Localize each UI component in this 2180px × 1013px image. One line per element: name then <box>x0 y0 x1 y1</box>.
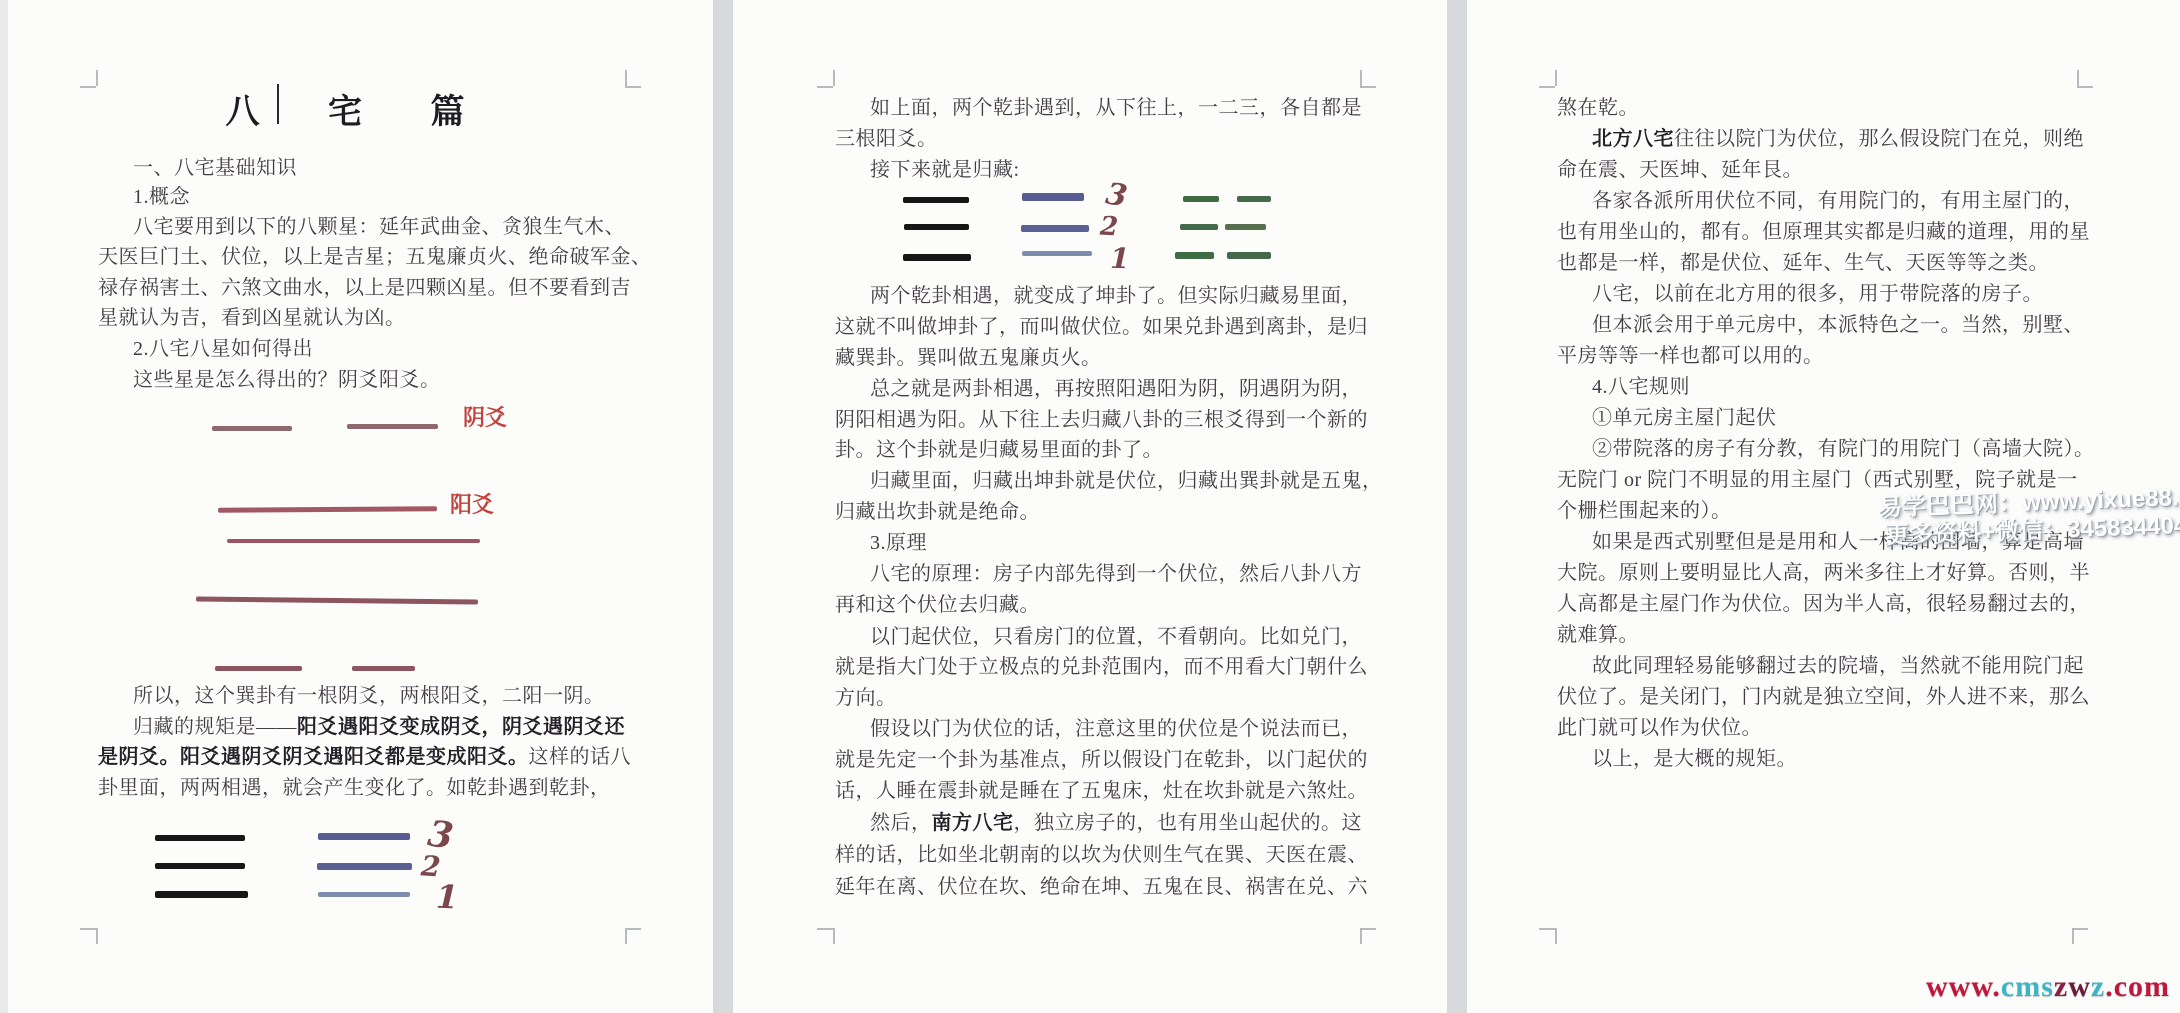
text-line: 八宅，以前在北方用的很多，用于带院落的房子。 <box>1592 279 2043 309</box>
text-segment: 故此同理轻易能够翻过去的院墙，当然就不能用院门起 <box>1592 655 2084 677</box>
text-segment: 卦。这个卦就是归藏易里面的卦了。 <box>835 439 1163 461</box>
yao-line <box>155 835 245 841</box>
text-segment: 这就不叫做坤卦了，而叫做伏位。如果兑卦遇到离卦，是归 <box>835 316 1368 338</box>
document-canvas: ▾ 八 宅 篇一、八宅基础知识1.概念八宅要用到以下的八颗星：延年武曲金、贪狼生… <box>0 0 2180 1013</box>
yao-line <box>1175 252 1214 259</box>
text-segment: 卦里面，两两相遇，就会产生变化了。如乾卦遇到乾卦， <box>98 777 611 799</box>
text-line: 阴阳相遇为阳。从下往上去归藏八卦的三根爻得到一个新的 <box>835 405 1368 435</box>
margin-corner-mark <box>96 70 98 86</box>
text-line: 北方八宅往往以院门为伏位，那么假设院门在兑，则绝 <box>1592 124 2084 154</box>
text-line: 3.原理 <box>870 528 927 558</box>
text-segment: 八宅要用到以下的八颗星：延年武曲金、贪狼生气木、 <box>133 216 625 238</box>
text-segment: 是阴爻。阳爻遇阴爻阴爻遇阳爻都是变成阳爻。 <box>98 746 529 768</box>
text-segment: 人高都是主屋门作为伏位。因为半人高，很轻易翻过去的， <box>1557 593 2090 615</box>
page-gap <box>1447 0 1467 1013</box>
margin-corner-mark <box>80 928 96 930</box>
text-line: 八宅要用到以下的八颗星：延年武曲金、贪狼生气木、 <box>133 212 625 242</box>
yao-line <box>1022 193 1084 201</box>
text-segment: 也都是一样，都是伏位、延年、生气、天医等等之类。 <box>1557 252 2049 274</box>
margin-corner-mark <box>1360 86 1376 88</box>
text-line: 就难算。 <box>1557 620 1639 650</box>
text-line: 煞在乾。 <box>1557 93 1639 123</box>
text-line: 八宅的原理：房子内部先得到一个伏位，然后八卦八方 <box>870 559 1362 589</box>
text-line: 各家各派所用伏位不同，有用院门的，有用主屋门的， <box>1592 186 2084 216</box>
yao-line <box>352 666 415 671</box>
yao-line <box>347 424 438 429</box>
yao-line <box>212 426 292 431</box>
watermark-char: z <box>2054 970 2068 1003</box>
text-line: 这些星是怎么得出的？阴爻阳爻。 <box>133 365 441 395</box>
text-line: 话，人睡在震卦就是睡在了五鬼床，灶在坎卦就是六煞灶。 <box>835 776 1368 806</box>
margin-corner-mark <box>1555 928 1557 944</box>
text-line: 但本派会用于单元房中，本派特色之一。当然，别墅、 <box>1592 310 2084 340</box>
text-line: 两个乾卦相遇，就变成了坤卦了。但实际归藏易里面， <box>870 281 1362 311</box>
margin-corner-mark <box>1360 928 1376 930</box>
margin-corner-mark <box>1539 928 1555 930</box>
text-segment: 禄存祸害土、六煞文曲水，以上是四颗凶星。但不要看到吉 <box>98 277 631 299</box>
text-line: 藏巽卦。巽叫做五鬼廉贞火。 <box>835 343 1102 373</box>
text-segment: 方向。 <box>835 687 897 709</box>
text-line: 伏位了。是关闭门，门内就是独立空间，外人进不来，那么 <box>1557 682 2090 712</box>
text-segment: 话，人睡在震卦就是睡在了五鬼床，灶在坎卦就是六煞灶。 <box>835 780 1368 802</box>
text-segment: 北方八宅 <box>1592 128 1674 150</box>
yao-line <box>1183 196 1219 202</box>
yao-line <box>1180 224 1218 230</box>
text-segment: 往往以院门为伏位，那么假设院门在兑，则绝 <box>1674 128 2084 150</box>
text-segment: 2.八宅八星如何得出 <box>133 338 313 360</box>
text-line: 归藏的规矩是——阳爻遇阳爻变成阴爻，阴爻遇阴爻还 <box>133 712 625 742</box>
watermark-char: c <box>2001 970 2015 1003</box>
handwritten-number: 1 <box>1110 242 1130 275</box>
text-line: 命在震、天医坤、延年艮。 <box>1557 155 1803 185</box>
text-line: 所以，这个巽卦有一根阴爻，两根阳爻，二阳一阴。 <box>133 681 605 711</box>
yao-line <box>904 224 969 230</box>
page-gap <box>713 0 733 1013</box>
yao-line <box>903 254 971 261</box>
text-line: 然后，南方八宅，独立房子的，也有用坐山起伏的。这 <box>870 808 1362 838</box>
text-segment: 天医巨门土、伏位，以上是吉星；五鬼廉贞火、绝命破军金、 <box>98 246 652 268</box>
text-line: 就是先定一个卦为基准点，所以假设门在乾卦，以门起伏的 <box>835 745 1368 775</box>
yao-line <box>903 197 969 203</box>
text-segment: 命在震、天医坤、延年艮。 <box>1557 159 1803 181</box>
text-line: 样的话，比如坐北朝南的以坎为伏则生气在巽、天医在震、 <box>835 840 1368 870</box>
text-segment: 总之就是两卦相遇，再按照阳遇阳为阴，阴遇阴为阴， <box>870 378 1362 400</box>
watermark-char: w <box>1949 970 1972 1003</box>
text-segment: 星就认为吉，看到凶星就认为凶。 <box>98 307 406 329</box>
yao-line <box>196 597 478 605</box>
text-segment: 4.八宅规则 <box>1592 376 1690 398</box>
text-segment: 两个乾卦相遇，就变成了坤卦了。但实际归藏易里面， <box>870 285 1362 307</box>
text-segment: 大院。原则上要明显比人高，两米多往上才好算。否则，半 <box>1557 562 2090 584</box>
text-line: 也都是一样，都是伏位、延年、生气、天医等等之类。 <box>1557 248 2049 278</box>
yao-line <box>318 833 410 840</box>
text-line: 2.八宅八星如何得出 <box>133 334 313 364</box>
text-line: 此门就可以作为伏位。 <box>1557 713 1762 743</box>
margin-corner-mark <box>625 86 641 88</box>
page-title: 八 宅 篇 <box>98 84 622 133</box>
text-segment: 但本派会用于单元房中，本派特色之一。当然，别墅、 <box>1592 314 2084 336</box>
watermark-char: z <box>2091 970 2105 1003</box>
watermark-char: w <box>1971 970 1992 1003</box>
margin-corner-mark <box>2072 928 2088 930</box>
text-line: 也有用坐山的，都有。但原理其实都是归藏的道理，用的星 <box>1557 217 2090 247</box>
yao-line <box>218 506 437 513</box>
watermark-char: m <box>2015 970 2041 1003</box>
text-segment: 以上，是大概的规矩。 <box>1592 748 1797 770</box>
text-line: 天医巨门土、伏位，以上是吉星；五鬼廉贞火、绝命破军金、 <box>98 242 652 272</box>
text-segment: 然后， <box>870 812 932 834</box>
text-line: 平房等等一样也都可以用的。 <box>1557 341 1824 371</box>
text-line: 是阴爻。阳爻遇阴爻阴爻遇阳爻都是变成阳爻。这样的话八 <box>98 742 631 772</box>
watermark-char: m <box>2144 970 2170 1003</box>
margin-corner-mark <box>1360 70 1362 86</box>
yao-line <box>227 539 480 543</box>
margin-corner-mark <box>625 928 627 944</box>
text-segment: 以门起伏位，只看房门的位置，不看朝向。比如兑门， <box>870 626 1362 648</box>
text-segment: 阳爻遇阳爻变成阴爻，阴爻遇阴爻还 <box>297 716 625 738</box>
yao-line <box>1227 252 1271 259</box>
text-line: 以上，是大概的规矩。 <box>1592 744 1797 774</box>
text-line: 总之就是两卦相遇，再按照阳遇阳为阴，阴遇阴为阴， <box>870 374 1362 404</box>
text-segment: 八宅，以前在北方用的很多，用于带院落的房子。 <box>1592 283 2043 305</box>
text-segment: 八宅的原理：房子内部先得到一个伏位，然后八卦八方 <box>870 563 1362 585</box>
watermark-char: c <box>2114 970 2128 1003</box>
yin-yao-label: 阴爻 <box>463 401 507 432</box>
text-segment: 所以，这个巽卦有一根阴爻，两根阳爻，二阳一阴。 <box>133 685 605 707</box>
text-line: 个栅栏围起来的）。 <box>1557 496 1732 526</box>
margin-corner-mark <box>817 86 833 88</box>
page-gap <box>0 0 8 1013</box>
text-segment: 伏位了。是关闭门，门内就是独立空间，外人进不来，那么 <box>1557 686 2090 708</box>
yao-line <box>1225 224 1266 230</box>
text-line: 三根阳爻。 <box>835 124 938 154</box>
yao-line <box>1237 196 1271 202</box>
text-segment: 就是先定一个卦为基准点，所以假设门在乾卦，以门起伏的 <box>835 749 1368 771</box>
text-segment: 假设以门为伏位的话，注意这里的伏位是个说法而已， <box>870 718 1362 740</box>
text-segment: 再和这个伏位去归藏。 <box>835 594 1040 616</box>
text-line: 如上面，两个乾卦遇到，从下往上，一二三，各自都是 <box>870 93 1362 123</box>
handwritten-number: 1 <box>435 878 459 917</box>
text-line: 归藏里面，归藏出坤卦就是伏位，归藏出巽卦就是五鬼， <box>870 466 1383 496</box>
text-segment: 如上面，两个乾卦遇到，从下往上，一二三，各自都是 <box>870 97 1362 119</box>
margin-corner-mark <box>817 928 833 930</box>
yang-yao-label: 阳爻 <box>450 488 494 519</box>
text-line: 这就不叫做坤卦了，而叫做伏位。如果兑卦遇到离卦，是归 <box>835 312 1368 342</box>
text-segment: ，独立房子的，也有用坐山起伏的。这 <box>1014 812 1363 834</box>
text-line: 4.八宅规则 <box>1592 372 1690 402</box>
page-1: 八 宅 篇一、八宅基础知识1.概念八宅要用到以下的八颗星：延年武曲金、贪狼生气木… <box>8 0 713 1013</box>
watermark-char: w <box>2068 970 2091 1003</box>
text-segment: 平房等等一样也都可以用的。 <box>1557 345 1824 367</box>
watermark-char: w <box>1926 970 1949 1003</box>
margin-corner-mark <box>2072 928 2074 944</box>
margin-corner-mark <box>2077 86 2093 88</box>
margin-corner-mark <box>625 70 627 86</box>
text-line: ①单元房主屋门起伏 <box>1592 403 1777 433</box>
text-line: 接下来就是归藏: <box>870 155 1020 185</box>
page-2: 如上面，两个乾卦遇到，从下往上，一二三，各自都是三根阳爻。接下来就是归藏:两个乾… <box>733 0 1447 1013</box>
text-segment: 样的话，比如坐北朝南的以坎为伏则生气在巽、天医在震、 <box>835 844 1368 866</box>
text-line: 假设以门为伏位的话，注意这里的伏位是个说法而已， <box>870 714 1362 744</box>
text-segment: 各家各派所用伏位不同，有用院门的，有用主屋门的， <box>1592 190 2084 212</box>
text-segment: 延年在离、伏位在坎、绝命在坤、五鬼在艮、祸害在兑、六 <box>835 876 1368 898</box>
text-line: 以门起伏位，只看房门的位置，不看朝向。比如兑门， <box>870 622 1362 652</box>
text-segment: 就难算。 <box>1557 624 1639 646</box>
text-cursor <box>277 84 279 124</box>
text-segment: 接下来就是归藏: <box>870 159 1020 181</box>
text-segment: 煞在乾。 <box>1557 97 1639 119</box>
text-segment: ②带院落的房子有分教，有院门的用院门（高墙大院）。 <box>1592 438 2095 460</box>
text-segment: 阴阳相遇为阳。从下往上去归藏八卦的三根爻得到一个新的 <box>835 409 1368 431</box>
text-segment: 也有用坐山的，都有。但原理其实都是归藏的道理，用的星 <box>1557 221 2090 243</box>
margin-corner-mark <box>833 928 835 944</box>
text-segment: 藏巽卦。巽叫做五鬼廉贞火。 <box>835 347 1102 369</box>
yao-line <box>317 863 412 870</box>
text-segment: 3.原理 <box>870 532 927 554</box>
yao-line <box>155 891 248 898</box>
text-segment: 1.概念 <box>133 186 190 208</box>
text-segment: 归藏出坎卦就是绝命。 <box>835 501 1040 523</box>
margin-corner-mark <box>2077 70 2079 86</box>
margin-corner-mark <box>1360 928 1362 944</box>
text-line: 星就认为吉，看到凶星就认为凶。 <box>98 303 406 333</box>
margin-corner-mark <box>1539 86 1555 88</box>
text-line: 故此同理轻易能够翻过去的院墙，当然就不能用院门起 <box>1592 651 2084 681</box>
text-line: 1.概念 <box>133 182 190 212</box>
watermark-char: s <box>2041 970 2054 1003</box>
text-line: 就是指大门处于立极点的兑卦范围内，而不用看大门朝什么 <box>835 652 1368 682</box>
text-line: 禄存祸害土、六煞文曲水，以上是四颗凶星。但不要看到吉 <box>98 273 631 303</box>
text-segment: 就是指大门处于立极点的兑卦范围内，而不用看大门朝什么 <box>835 656 1368 678</box>
text-line: 一、八宅基础知识 <box>133 153 297 183</box>
margin-corner-mark <box>96 928 98 944</box>
margin-corner-mark <box>833 70 835 86</box>
yao-line <box>215 666 302 671</box>
text-segment: ①单元房主屋门起伏 <box>1592 407 1777 429</box>
text-segment: 这样的话八 <box>529 746 632 768</box>
text-segment: 此门就可以作为伏位。 <box>1557 717 1762 739</box>
text-segment: 南方八宅 <box>932 812 1014 834</box>
yao-line <box>1021 225 1089 232</box>
text-line: 方向。 <box>835 683 897 713</box>
text-line: 人高都是主屋门作为伏位。因为半人高，很轻易翻过去的， <box>1557 589 2090 619</box>
watermark-char: . <box>2105 970 2114 1003</box>
text-line: 再和这个伏位去归藏。 <box>835 590 1040 620</box>
text-segment: 这些星是怎么得出的？阴爻阳爻。 <box>133 369 441 391</box>
text-line: ②带院落的房子有分教，有院门的用院门（高墙大院）。 <box>1592 434 2095 464</box>
yao-line <box>1022 251 1092 256</box>
text-segment: 归藏里面，归藏出坤卦就是伏位，归藏出巽卦就是五鬼， <box>870 470 1383 492</box>
margin-corner-mark <box>80 86 96 88</box>
text-segment: 个栅栏围起来的）。 <box>1557 500 1732 522</box>
watermark-cmszwz: www.cmszwz.com <box>1926 970 2170 1004</box>
yao-line <box>155 863 245 869</box>
handwritten-number: 2 <box>1099 212 1119 243</box>
text-line: 卦里面，两两相遇，就会产生变化了。如乾卦遇到乾卦， <box>98 773 611 803</box>
text-segment: 归藏的规矩是—— <box>133 716 297 738</box>
yao-line <box>318 892 410 897</box>
margin-corner-mark <box>625 928 641 930</box>
watermark-char: . <box>1992 970 2001 1003</box>
text-line: 归藏出坎卦就是绝命。 <box>835 497 1040 527</box>
text-segment: 一、八宅基础知识 <box>133 157 297 179</box>
text-line: 卦。这个卦就是归藏易里面的卦了。 <box>835 435 1163 465</box>
text-line: 延年在离、伏位在坎、绝命在坤、五鬼在艮、祸害在兑、六 <box>835 872 1368 902</box>
handwritten-number: 3 <box>1103 176 1130 214</box>
margin-corner-mark <box>1555 70 1557 86</box>
text-segment: 三根阳爻。 <box>835 128 938 150</box>
watermark-char: o <box>2128 970 2144 1003</box>
text-line: 大院。原则上要明显比人高，两米多往上才好算。否则，半 <box>1557 558 2090 588</box>
